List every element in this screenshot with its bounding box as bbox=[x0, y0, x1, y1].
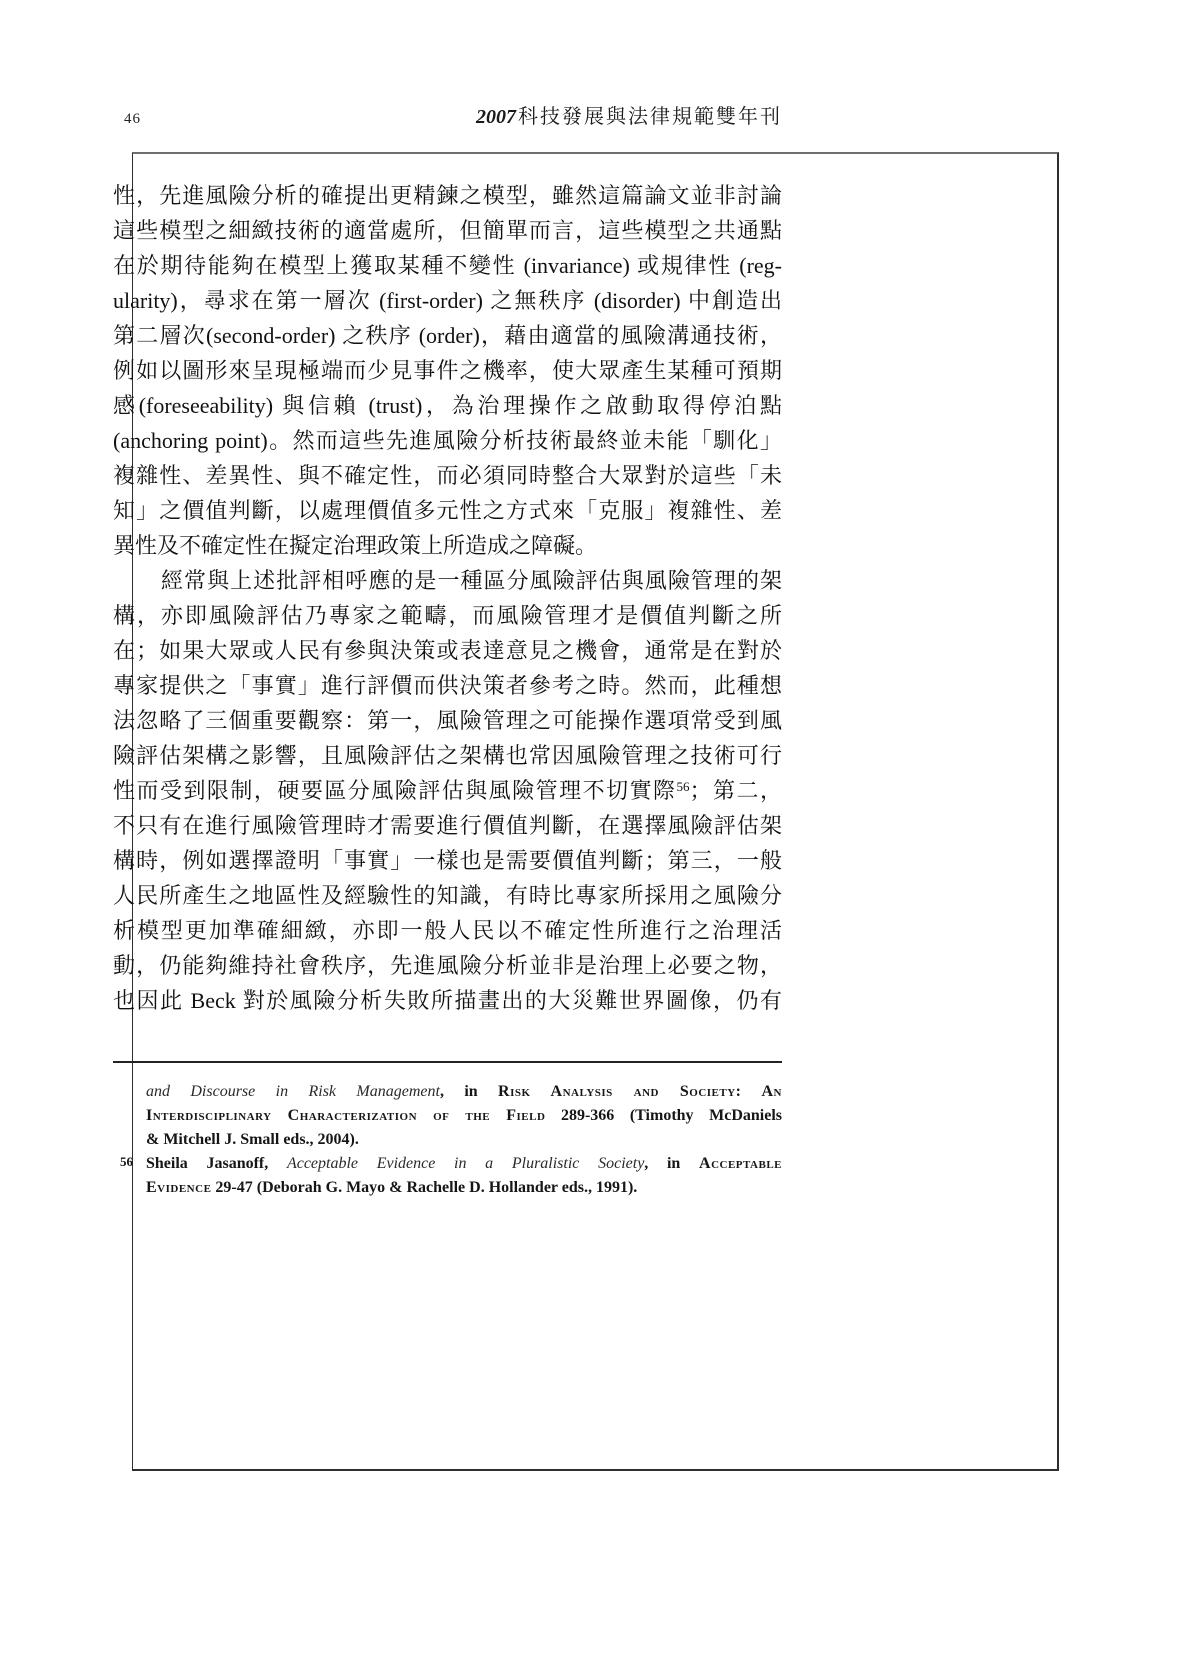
body-line: 構，亦即風險評估乃專家之範疇，而風險管理才是價值判斷之所 bbox=[113, 598, 782, 633]
body-line: 構時，例如選擇證明「事實」一樣也是需要價值判斷；第三，一般 bbox=[113, 843, 782, 878]
body-line: 在；如果大眾或人民有參與決策或表達意見之機會，通常是在對於 bbox=[113, 633, 782, 668]
book-title: Acceptable bbox=[699, 1155, 782, 1172]
body-line: (anchoring point)。然而這些先進風險分析技術最終並未能「馴化」 bbox=[113, 423, 782, 458]
body-line: 異性及不確定性在擬定治理政策上所造成之障礙。 bbox=[113, 528, 782, 563]
journal-name: 科技發展與法律規範雙年刊 bbox=[518, 106, 782, 128]
body-line: ularity)，尋求在第一層次 (first-order) 之無秩序 (dis… bbox=[113, 283, 782, 318]
citation-text: 289-366 (Timothy McDaniels bbox=[545, 1107, 782, 1124]
footnote-56: 56 Sheila Jasanoff, Acceptable Evidence … bbox=[113, 1152, 782, 1200]
body-line: 險評估架構之影響，且風險評估之架構也常因風險管理之技術可行 bbox=[113, 738, 782, 773]
citation-text: & Mitchell J. Small eds., 2004). bbox=[146, 1131, 359, 1148]
book-title: Risk Analysis and Society: An bbox=[498, 1083, 782, 1100]
body-line-paragraph-start: 經常與上述批評相呼應的是一種區分風險評估與風險管理的架 bbox=[113, 563, 782, 598]
article-title: Acceptable Evidence in a Pluralistic Soc… bbox=[287, 1155, 644, 1172]
running-head: 46 2007科技發展與法律規範雙年刊 bbox=[113, 100, 782, 129]
body-line: 這些模型之細緻技術的適當處所，但簡單而言，這些模型之共通點 bbox=[113, 213, 782, 248]
footnote-line: Interdisciplinary Characterization of th… bbox=[146, 1104, 782, 1128]
journal-title: 2007科技發展與法律規範雙年刊 bbox=[476, 100, 782, 129]
footnote-continuation: and Discourse in Risk Management, in Ris… bbox=[113, 1080, 782, 1152]
body-line: 不只有在進行風險管理時才需要進行價值判斷，在選擇風險評估架 bbox=[113, 808, 782, 843]
author-name: Sheila Jasanoff, bbox=[146, 1155, 287, 1172]
body-line-text: 性而受到限制，硬要區分風險評估與風險管理不切實際 bbox=[113, 778, 677, 803]
footnotes: and Discourse in Risk Management, in Ris… bbox=[113, 1080, 782, 1200]
body-line: 例如以圖形來呈現極端而少見事件之機率，使大眾產生某種可預期 bbox=[113, 353, 782, 388]
footnote-separator-rule bbox=[113, 1061, 782, 1063]
scanned-page: 46 2007科技發展與法律規範雙年刊 性，先進風險分析的確提出更精鍊之模型，雖… bbox=[0, 0, 1177, 1664]
footnote-line: and Discourse in Risk Management, in Ris… bbox=[146, 1080, 782, 1104]
book-title: Interdisciplinary Characterization of th… bbox=[146, 1107, 545, 1124]
body-line: 法忽略了三個重要觀察：第一，風險管理之可能操作選項常受到風 bbox=[113, 703, 782, 738]
body-line-text: ；第二， bbox=[690, 778, 782, 803]
book-title: Evidence bbox=[146, 1179, 211, 1196]
footnote-line: Evidence 29-47 (Deborah G. Mayo & Rachel… bbox=[146, 1176, 782, 1200]
body-line: 性，先進風險分析的確提出更精鍊之模型，雖然這篇論文並非討論 bbox=[113, 178, 782, 213]
body-line: 動，仍能夠維持社會秩序，先進風險分析並非是治理上必要之物， bbox=[113, 948, 782, 983]
citation-text: , in bbox=[644, 1155, 699, 1172]
body-line: 析模型更加準確細緻，亦即一般人民以不確定性所進行之治理活 bbox=[113, 913, 782, 948]
body-line: 感(foreseeability) 與信賴 (trust)，為治理操作之啟動取得… bbox=[113, 388, 782, 423]
page-number: 46 bbox=[113, 111, 141, 128]
body-line: 在於期待能夠在模型上獲取某種不變性 (invariance) 或規律性 (reg… bbox=[113, 248, 782, 283]
footnote-line: & Mitchell J. Small eds., 2004). bbox=[146, 1128, 782, 1152]
citation-text: 29-47 (Deborah G. Mayo & Rachelle D. Hol… bbox=[211, 1179, 637, 1196]
footnote-ref-56: 56 bbox=[677, 779, 690, 794]
body-line: 也因此 Beck 對於風險分析失敗所描畫出的大災難世界圖像，仍有 bbox=[113, 983, 782, 1018]
body-line: 第二層次(second-order) 之秩序 (order)，藉由適當的風險溝通… bbox=[113, 318, 782, 353]
journal-year: 2007 bbox=[476, 106, 516, 128]
body-line: 專家提供之「事實」進行評價而供決策者參考之時。然而，此種想 bbox=[113, 668, 782, 703]
footnote-line: Sheila Jasanoff, Acceptable Evidence in … bbox=[146, 1152, 782, 1176]
body-line: 複雜性、差異性、與不確定性，而必須同時整合大眾對於這些「未 bbox=[113, 458, 782, 493]
body-text: 性，先進風險分析的確提出更精鍊之模型，雖然這篇論文並非討論 這些模型之細緻技術的… bbox=[113, 178, 782, 1018]
footnote-number: 56 bbox=[120, 1150, 133, 1174]
article-title: and Discourse in Risk Management bbox=[146, 1083, 440, 1100]
body-line: 人民所產生之地區性及經驗性的知識，有時比專家所採用之風險分 bbox=[113, 878, 782, 913]
body-line-with-footnote-ref: 性而受到限制，硬要區分風險評估與風險管理不切實際56；第二， bbox=[113, 773, 782, 808]
body-line: 知」之價值判斷，以處理價值多元性之方式來「克服」複雜性、差 bbox=[113, 493, 782, 528]
citation-text: , in bbox=[440, 1083, 498, 1100]
